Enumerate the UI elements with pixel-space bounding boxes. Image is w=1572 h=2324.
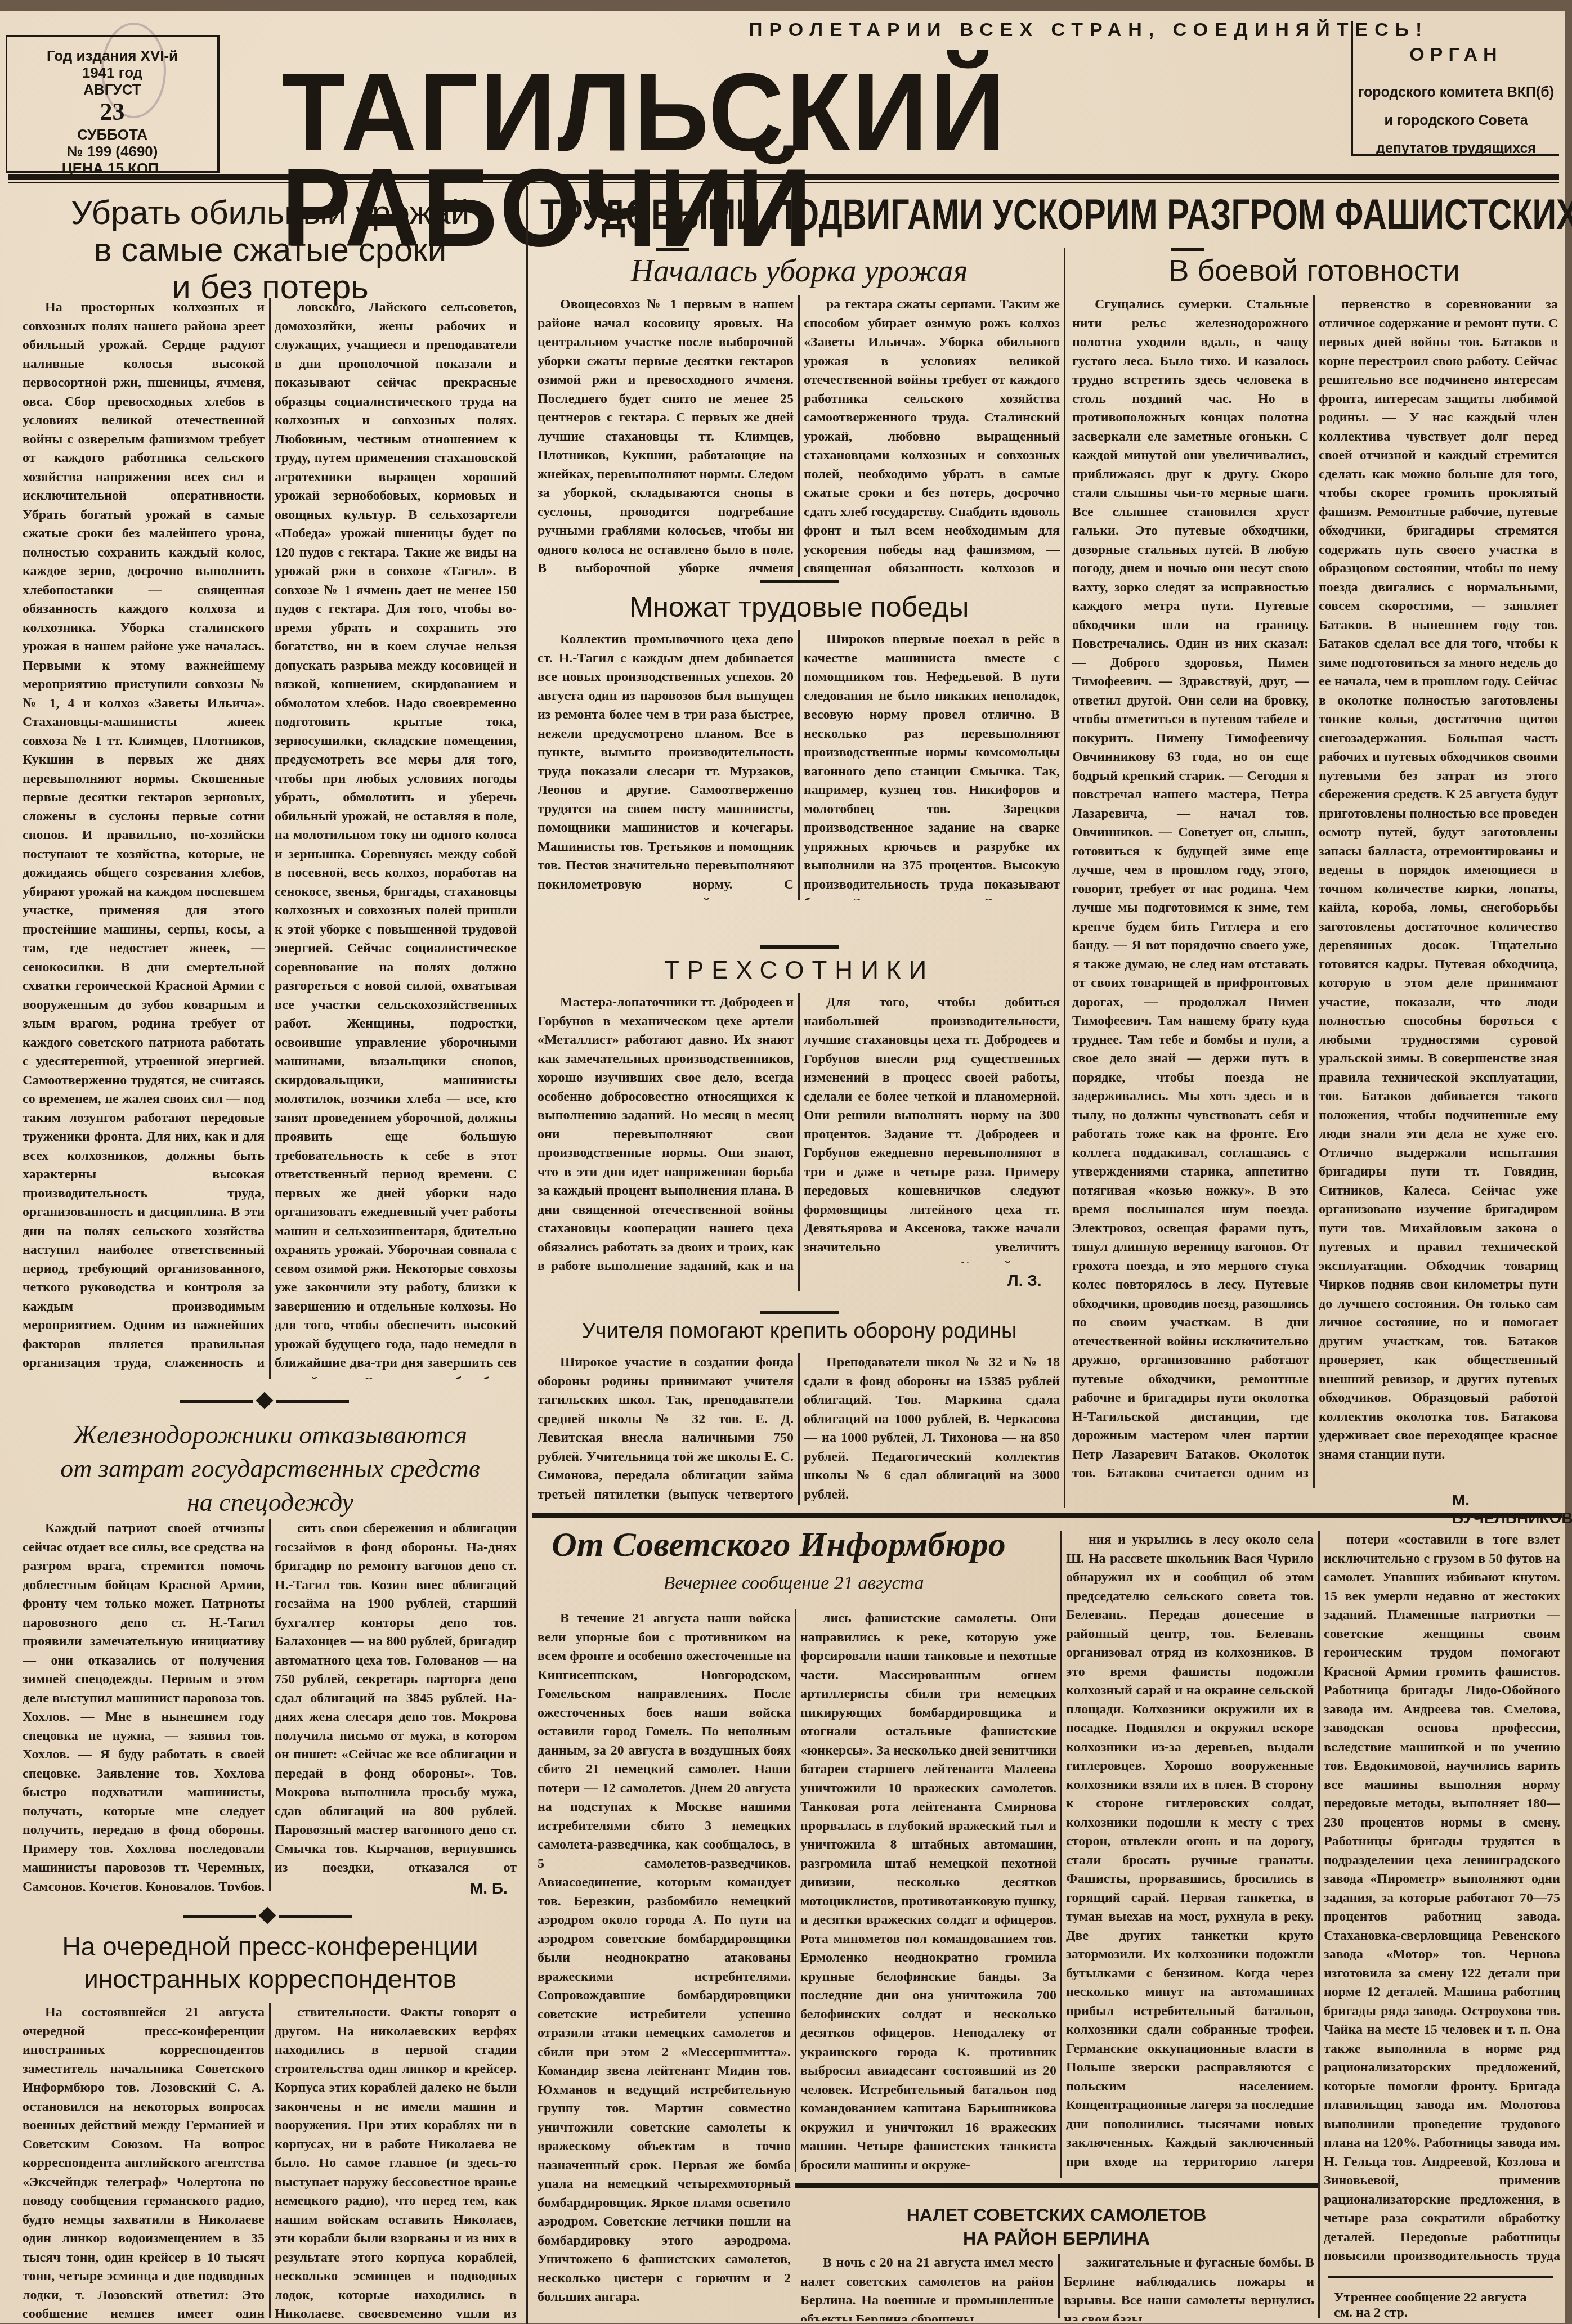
section-divider xyxy=(526,186,528,2323)
informburo-headline: От Советского Информбюро xyxy=(540,1525,1047,1565)
day: 23 xyxy=(7,98,217,126)
teachers-column-1: Широкое участие в создании фонда обороны… xyxy=(538,1353,794,1505)
diamond-divider xyxy=(180,1393,349,1410)
railway-headline: Железнодорожники отказываются от затрат … xyxy=(23,1418,518,1519)
short-rule xyxy=(760,945,839,949)
trehsotniki-column-1: Мастера-лопаточники тт. Добродеев и Горб… xyxy=(538,993,794,1275)
month: АВГУСТ xyxy=(7,81,217,98)
informburo-column-4: потери «составили в тоге взлет исключите… xyxy=(1324,1531,1560,2268)
next-report-page-link[interactable]: см. на 2 стр. xyxy=(1334,2305,1526,2321)
short-rule xyxy=(760,1311,839,1314)
banner-headline: ТРУДОВЫМИ ПОДВИГАМИ УСКОРИМ РАЗГРОМ ФАШИ… xyxy=(540,190,1563,239)
informburo-column-3: ния и укрылись в лесу около села Ш. На р… xyxy=(1066,1531,1314,2172)
column-divider xyxy=(1318,1531,1320,2318)
editorial-headline-line: Убрать обильный урожай xyxy=(23,194,518,231)
victories-headline: Множат трудовые победы xyxy=(535,591,1064,623)
railway-signature: М. Б. xyxy=(470,1879,508,1897)
berlin-column-1: В ночь с 20 на 21 августа имел место нал… xyxy=(800,2254,1054,2321)
organ-line-1: городского комитета ВКП(б) xyxy=(1353,78,1559,106)
organ-box: ОРГАН городского комитета ВКП(б) и город… xyxy=(1351,21,1559,156)
column-divider xyxy=(798,295,800,577)
next-report-line: Утреннее сообщение 22 августа xyxy=(1334,2290,1526,2305)
year: 1941 год xyxy=(7,64,217,81)
readiness-column-1: Сгущались сумерки. Стальные нити рельс ж… xyxy=(1072,295,1309,1483)
railway-headline-line: Железнодорожники отказываются xyxy=(23,1418,518,1452)
berlin-headline-line: НА РАЙОН БЕРЛИНА xyxy=(795,2227,1318,2250)
press-column-2: ствительности. Факты говорят о другом. Н… xyxy=(275,2003,517,2318)
harvest-headline: Началась уборка урожая xyxy=(535,253,1064,289)
informburo-top-rule xyxy=(532,1513,1562,1518)
informburo-column-1: В течение 21 августа наши войска вели уп… xyxy=(538,1609,791,2321)
informburo-subheadline: Вечернее сообщение 21 августа xyxy=(540,1573,1047,1594)
column-divider xyxy=(1058,2254,1060,2318)
editorial-headline-line: в самые сжатые сроки xyxy=(23,231,518,268)
trehsotniki-headline: ТРЕХСОТНИКИ xyxy=(535,957,1064,985)
short-rule xyxy=(1171,248,1204,251)
railway-column-1: Каждый патриот своей отчизны сейчас отда… xyxy=(23,1519,265,1891)
short-rule xyxy=(656,248,689,251)
trehsotniki-signature: Л. З. xyxy=(1007,1272,1042,1290)
readiness-signature: М. БУЧЕЛЬНИКОВ xyxy=(1452,1491,1572,1527)
section-divider xyxy=(1064,248,1065,1508)
press-headline-line: иностранных корреспондентов xyxy=(23,1963,518,1995)
diamond-divider xyxy=(183,1908,352,1924)
issue-info-box: Год издания XVI-й 1941 год АВГУСТ 23 СУБ… xyxy=(6,35,220,173)
victories-column-1: Коллектив промывочного цеха депо ст. Н.-… xyxy=(538,630,794,900)
organ-line-2: и городского Совета xyxy=(1353,106,1559,134)
berlin-headline: НАЛЕТ СОВЕТСКИХ САМОЛЕТОВ НА РАЙОН БЕРЛИ… xyxy=(795,2203,1318,2250)
readiness-headline: В боевой готовности xyxy=(1069,253,1559,288)
column-divider xyxy=(269,1519,271,1891)
column-divider xyxy=(798,630,800,900)
teachers-headline: Учителя помогают крепить оборону родины xyxy=(535,1320,1064,1344)
victories-column-2: Широков впервые поехал в рейс в качестве… xyxy=(804,630,1060,900)
organ-line-3: депутатов трудящихся xyxy=(1353,134,1559,163)
informburo-column-2: лись фашистские самолеты. Они направилис… xyxy=(800,1609,1056,2172)
issue-number: № 199 (4690) xyxy=(7,143,217,160)
teachers-column-2: Преподаватели школ № 32 и № 18 сдали в ф… xyxy=(804,1353,1060,1505)
masthead-rule-thin xyxy=(8,182,1559,183)
trehsotniki-column-2: Для того, чтобы добиться наибольшей прои… xyxy=(804,993,1060,1263)
editorial-headline: Убрать обильный урожай в самые сжатые ср… xyxy=(23,194,518,306)
editorial-column-2: ловского, Лайского сельсоветов, домохозя… xyxy=(275,298,517,1379)
press-headline: На очередной пресс-конференции иностранн… xyxy=(23,1930,518,1995)
press-headline-line: На очередной пресс-конференции xyxy=(23,1930,518,1963)
harvest-column-2: ра гектара сжаты серпами. Таким же спосо… xyxy=(804,295,1060,577)
masthead-rule xyxy=(8,174,1559,180)
short-rule xyxy=(760,580,839,583)
slogan: ПРОЛЕТАРИИ ВСЕХ СТРАН, СОЕДИНЯЙТЕСЬ! xyxy=(749,19,1428,41)
berlin-column-2: зажигательные и фугасные бомбы. В Берлин… xyxy=(1064,2254,1314,2321)
organ-label: ОРГАН xyxy=(1353,44,1559,66)
railway-headline-line: на спецодежду xyxy=(23,1486,518,1519)
next-report-note: Утреннее сообщение 22 августа см. на 2 с… xyxy=(1334,2290,1526,2321)
column-divider xyxy=(798,993,800,1291)
harvest-column-1: Овощесовхоз № 1 первым в нашем районе на… xyxy=(538,295,794,577)
editorial-column-1: На просторных колхозных и совхозных поля… xyxy=(23,298,265,1379)
publication-year-line: Год издания XVI-й xyxy=(7,47,217,64)
column-divider xyxy=(1060,1531,1062,2178)
newspaper-page: Год издания XVI-й 1941 год АВГУСТ 23 СУБ… xyxy=(0,11,1565,2323)
weekday: СУББОТА xyxy=(7,126,217,143)
press-column-1: На состоявшейся 21 августа очередной пре… xyxy=(23,2003,265,2318)
column-divider xyxy=(795,1609,796,2172)
column-divider xyxy=(269,2003,271,2318)
readiness-column-2: первенство в соревновании за отличное со… xyxy=(1319,295,1558,1466)
berlin-headline-line: НАЛЕТ СОВЕТСКИХ САМОЛЕТОВ xyxy=(795,2203,1318,2227)
note-rule xyxy=(1328,2276,1553,2278)
column-divider xyxy=(798,1353,800,1505)
railway-column-2: сить свои сбережения и облигации госзайм… xyxy=(275,1519,517,1874)
column-divider xyxy=(1313,295,1315,1488)
railway-headline-line: от затрат государственных средств xyxy=(23,1452,518,1486)
berlin-top-rule xyxy=(795,2183,1318,2188)
column-divider xyxy=(269,298,271,1379)
